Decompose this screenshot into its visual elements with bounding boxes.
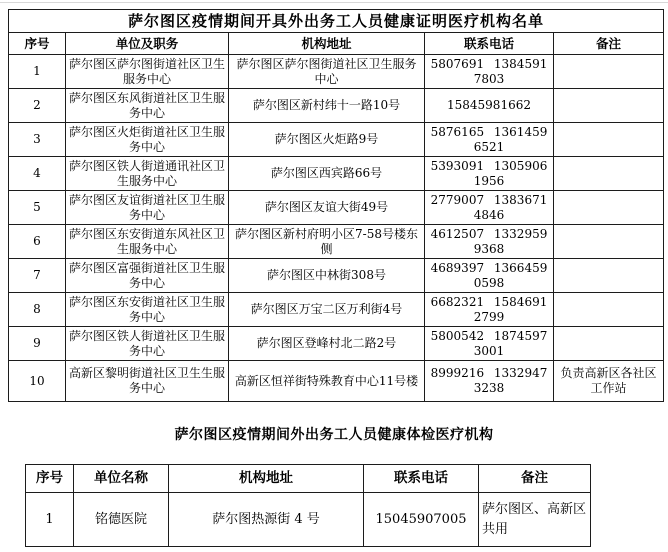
- table-row: 8 萨尔图区东安街道社区卫生服务中心 萨尔图区万宝二区万利街4号 6682321…: [9, 293, 664, 327]
- column-header-note: 备注: [554, 33, 664, 55]
- cell-no: 1: [9, 55, 66, 89]
- column-header-unit: 单位及职务: [66, 33, 229, 55]
- cell-note: [554, 191, 664, 225]
- column-header-note: 备注: [479, 465, 591, 493]
- table-row: 3 萨尔图区火炬街道社区卫生服务中心 萨尔图区火炬路9号 5876165 136…: [9, 123, 664, 157]
- cell-phone: 5393091 13059061956: [425, 157, 554, 191]
- cell-unit: 铭德医院: [74, 493, 169, 547]
- physical-exam-institutions-table: 序号 单位名称 机构地址 联系电话 备注 1 铭德医院 萨尔图热源街 4 号 1…: [25, 464, 591, 547]
- column-header-phone: 联系电话: [425, 33, 554, 55]
- table-row: 5 萨尔图区友谊街道社区卫生服务中心 萨尔图区友谊大街49号 2779007 1…: [9, 191, 664, 225]
- cell-phone: 5800542 18745973001: [425, 327, 554, 361]
- cell-phone: 5876165 13614596521: [425, 123, 554, 157]
- cell-unit: 萨尔图区火炬街道社区卫生服务中心: [66, 123, 229, 157]
- table-row: 7 萨尔图区富强街道社区卫生服务中心 萨尔图区中林街308号 4689397 1…: [9, 259, 664, 293]
- cell-unit: 萨尔图区萨尔图街道社区卫生服务中心: [66, 55, 229, 89]
- cell-unit: 萨尔图区东安街道东风社区卫生服务中心: [66, 225, 229, 259]
- cell-no: 7: [9, 259, 66, 293]
- cell-phone: 2779007 13836714846: [425, 191, 554, 225]
- cell-note: [554, 55, 664, 89]
- table-row: 10 高新区黎明街道社区卫生生服务中心 高新区恒祥街特殊教育中心11号楼 899…: [9, 361, 664, 402]
- column-header-address: 机构地址: [169, 465, 364, 493]
- cell-unit: 萨尔图区铁人街道通讯社区卫生服务中心: [66, 157, 229, 191]
- cell-no: 9: [9, 327, 66, 361]
- cell-no: 6: [9, 225, 66, 259]
- page-top-divider: [0, 2, 668, 3]
- cell-phone: 8999216 13329473238: [425, 361, 554, 402]
- cell-phone: 5807691 13845917803: [425, 55, 554, 89]
- cell-address: 萨尔图区友谊大街49号: [229, 191, 425, 225]
- cell-unit: 萨尔图区富强街道社区卫生服务中心: [66, 259, 229, 293]
- cell-address: 萨尔图热源街 4 号: [169, 493, 364, 547]
- cell-address: 高新区恒祥街特殊教育中心11号楼: [229, 361, 425, 402]
- table-row: 1 铭德医院 萨尔图热源街 4 号 15045907005 萨尔图区、高新区共用: [26, 493, 591, 547]
- section-title-physical-exam: 萨尔图区疫情期间外出务工人员健康体检医疗机构: [0, 424, 668, 444]
- cell-no: 8: [9, 293, 66, 327]
- table-row: 2 萨尔图区东风街道社区卫生服务中心 萨尔图区新村纬十一路10号 1584598…: [9, 89, 664, 123]
- cell-note: [554, 259, 664, 293]
- cell-address: 萨尔图区萨尔图街道社区卫生服务中心: [229, 55, 425, 89]
- cell-unit: 萨尔图区东安街道社区卫生服务中心: [66, 293, 229, 327]
- table1-header-row: 序号 单位及职务 机构地址 联系电话 备注: [9, 33, 664, 55]
- cell-address: 萨尔图区火炬路9号: [229, 123, 425, 157]
- cell-unit: 萨尔图区东风街道社区卫生服务中心: [66, 89, 229, 123]
- cell-unit: 高新区黎明街道社区卫生生服务中心: [66, 361, 229, 402]
- table-row: 6 萨尔图区东安街道东风社区卫生服务中心 萨尔图区新村府明小区7-58号楼东侧 …: [9, 225, 664, 259]
- cell-address: 萨尔图区万宝二区万利街4号: [229, 293, 425, 327]
- cell-note: [554, 327, 664, 361]
- cell-unit: 萨尔图区铁人街道社区卫生服务中心: [66, 327, 229, 361]
- cell-no: 2: [9, 89, 66, 123]
- cell-note: 萨尔图区、高新区共用: [479, 493, 591, 547]
- cell-phone: 6682321 15846912799: [425, 293, 554, 327]
- table-row: 9 萨尔图区铁人街道社区卫生服务中心 萨尔图区登峰村北二路2号 5800542 …: [9, 327, 664, 361]
- cell-note: [554, 157, 664, 191]
- table1-title-row: 萨尔图区疫情期间开具外出务工人员健康证明医疗机构名单: [9, 10, 664, 33]
- health-certificate-institutions-table: 萨尔图区疫情期间开具外出务工人员健康证明医疗机构名单 序号 单位及职务 机构地址…: [8, 9, 664, 402]
- cell-address: 萨尔图区新村府明小区7-58号楼东侧: [229, 225, 425, 259]
- cell-note: [554, 225, 664, 259]
- cell-address: 萨尔图区中林街308号: [229, 259, 425, 293]
- cell-address: 萨尔图区登峰村北二路2号: [229, 327, 425, 361]
- cell-no: 3: [9, 123, 66, 157]
- cell-note: [554, 293, 664, 327]
- column-header-no: 序号: [26, 465, 74, 493]
- table1-title: 萨尔图区疫情期间开具外出务工人员健康证明医疗机构名单: [9, 10, 664, 33]
- table-row: 1 萨尔图区萨尔图街道社区卫生服务中心 萨尔图区萨尔图街道社区卫生服务中心 58…: [9, 55, 664, 89]
- cell-address: 萨尔图区新村纬十一路10号: [229, 89, 425, 123]
- cell-no: 10: [9, 361, 66, 402]
- cell-no: 1: [26, 493, 74, 547]
- cell-phone: 4612507 13329599368: [425, 225, 554, 259]
- cell-phone: 4689397 13664590598: [425, 259, 554, 293]
- column-header-phone: 联系电话: [364, 465, 479, 493]
- column-header-no: 序号: [9, 33, 66, 55]
- cell-note: [554, 89, 664, 123]
- cell-phone: 15045907005: [364, 493, 479, 547]
- cell-phone: 15845981662: [425, 89, 554, 123]
- document-page: 萨尔图区疫情期间开具外出务工人员健康证明医疗机构名单 序号 单位及职务 机构地址…: [0, 0, 668, 552]
- table-row: 4 萨尔图区铁人街道通讯社区卫生服务中心 萨尔图区西宾路66号 5393091 …: [9, 157, 664, 191]
- cell-no: 5: [9, 191, 66, 225]
- cell-unit: 萨尔图区友谊街道社区卫生服务中心: [66, 191, 229, 225]
- cell-address: 萨尔图区西宾路66号: [229, 157, 425, 191]
- column-header-address: 机构地址: [229, 33, 425, 55]
- cell-note: 负责高新区各社区工作站: [554, 361, 664, 402]
- column-header-unit: 单位名称: [74, 465, 169, 493]
- cell-no: 4: [9, 157, 66, 191]
- cell-note: [554, 123, 664, 157]
- table2-header-row: 序号 单位名称 机构地址 联系电话 备注: [26, 465, 591, 493]
